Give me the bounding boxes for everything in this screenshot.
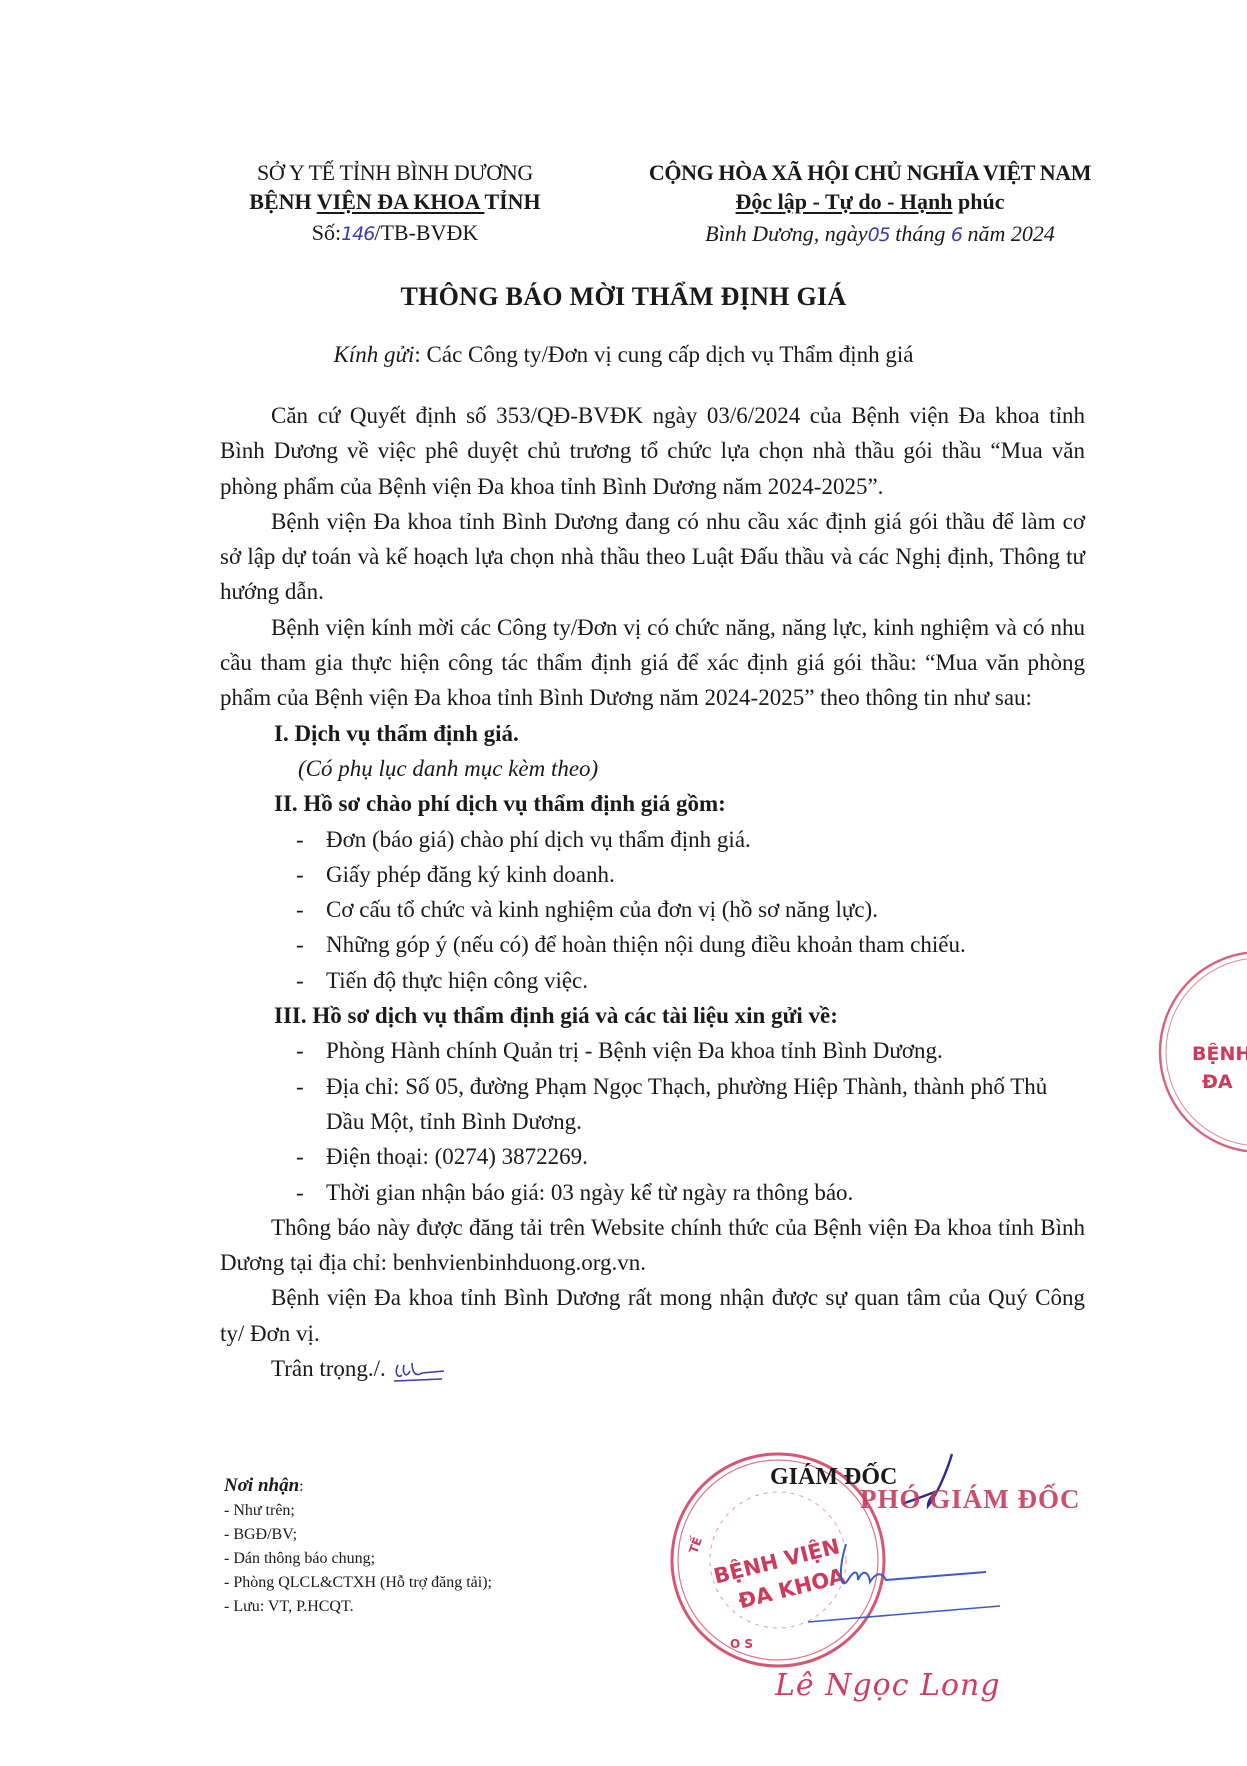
submission-list: Phòng Hành chính Quản trị - Bệnh viện Đa… [220, 1033, 1085, 1209]
hospital-name: BỆNH VIỆN ĐA KHOA TỈNH [220, 187, 570, 216]
list-item: Giấy phép đăng ký kinh doanh. [296, 857, 1085, 892]
handwritten-month: 6 [951, 224, 962, 246]
issuer-header: SỞ Y TẾ TỈNH BÌNH DƯƠNG BỆNH VIỆN ĐA KHO… [220, 158, 570, 249]
handwritten-doc-number: 146 [341, 223, 374, 245]
list-item: Địa chỉ: Số 05, đường Phạm Ngọc Thạch, p… [296, 1069, 1085, 1140]
requirements-list: Đơn (báo giá) chào phí dịch vụ thẩm định… [220, 822, 1085, 998]
paragraph-need: Bệnh viện Đa khoa tỉnh Bình Dương đang c… [220, 504, 1085, 610]
list-item: Phòng Hành chính Quản trị - Bệnh viện Đa… [296, 1033, 1085, 1068]
recipient-item: - Như trên; [224, 1499, 492, 1523]
recipient-item: - Phòng QLCL&CTXH (Hỗ trợ đăng tải); [224, 1571, 492, 1595]
paragraph-thanks: Bệnh viện Đa khoa tỉnh Bình Dương rất mo… [220, 1280, 1085, 1351]
initials-signature-icon [392, 1359, 462, 1383]
recipient-item: - BGĐ/BV; [224, 1523, 492, 1547]
recipient-item: - Lưu: VT, P.HCQT. [224, 1595, 492, 1619]
svg-text:O S: O S [730, 1637, 753, 1651]
signature-block: BỆNH VIỆN ĐA KHOA TẾ O S GIÁM ĐỐC PHÓ GI… [660, 1420, 1120, 1750]
paragraph-website: Thông báo này được đăng tải trên Website… [220, 1210, 1085, 1281]
department-name: SỞ Y TẾ TỈNH BÌNH DƯƠNG [220, 158, 570, 187]
paragraph-invitation: Bệnh viện kính mời các Công ty/Đơn vị có… [220, 610, 1085, 716]
nation-name: CỘNG HÒA XÃ HỘI CHỦ NGHĨA VIỆT NAM [600, 158, 1140, 187]
handwritten-day: 05 [868, 224, 890, 246]
section-heading: II. Hồ sơ chào phí dịch vụ thẩm định giá… [220, 786, 1085, 821]
document-title: THÔNG BÁO MỜI THẨM ĐỊNH GIÁ [0, 282, 1247, 312]
svg-text:BỆNH: BỆNH [1192, 1041, 1247, 1065]
list-item: Những góp ý (nếu có) để hoàn thiện nội d… [296, 927, 1085, 962]
document-body: Căn cứ Quyết định số 353/QĐ-BVĐK ngày 03… [220, 398, 1085, 1386]
margin-seal-icon: BỆNH ĐA [1140, 952, 1247, 1152]
regards-line: Trân trọng./. [220, 1351, 1085, 1386]
list-item: Tiến độ thực hiện công việc. [296, 963, 1085, 998]
list-item: Cơ cấu tổ chức và kinh nghiệm của đơn vị… [296, 892, 1085, 927]
recipient-item: - Dán thông báo chung; [224, 1547, 492, 1571]
svg-text:TẾ: TẾ [684, 1534, 705, 1556]
svg-text:ĐA: ĐA [1202, 1071, 1233, 1093]
section-heading: III. Hồ sơ dịch vụ thẩm định giá và các … [220, 998, 1085, 1033]
list-item: Điện thoại: (0274) 3872269. [296, 1139, 1085, 1174]
paragraph-legal-basis: Căn cứ Quyết định số 353/QĐ-BVĐK ngày 03… [220, 398, 1085, 504]
signer-name-stamp: Lê Ngọc Long [775, 1668, 1001, 1703]
addressee-line: Kính gửi: Các Công ty/Đơn vị cung cấp dị… [0, 342, 1247, 368]
national-header: CỘNG HÒA XÃ HỘI CHỦ NGHĨA VIỆT NAM Độc l… [600, 158, 1140, 250]
document-number: Số:146/TB-BVĐK [220, 218, 570, 249]
section-heading: I. Dịch vụ thẩm định giá. [220, 716, 1085, 751]
national-motto: Độc lập - Tự do - Hạnh phúc [600, 187, 1140, 216]
list-item: Đơn (báo giá) chào phí dịch vụ thẩm định… [296, 822, 1085, 857]
deputy-director-stamp: PHÓ GIÁM ĐỐC [860, 1484, 1081, 1515]
recipients-block: Nơi nhận: - Như trên; - BGĐ/BV; - Dán th… [224, 1474, 492, 1619]
issue-date: Bình Dương, ngày05 tháng 6 năm 2024 [600, 219, 1140, 250]
list-item: Thời gian nhận báo giá: 03 ngày kể từ ng… [296, 1175, 1085, 1210]
section-note: (Có phụ lục danh mục kèm theo) [220, 751, 1085, 786]
